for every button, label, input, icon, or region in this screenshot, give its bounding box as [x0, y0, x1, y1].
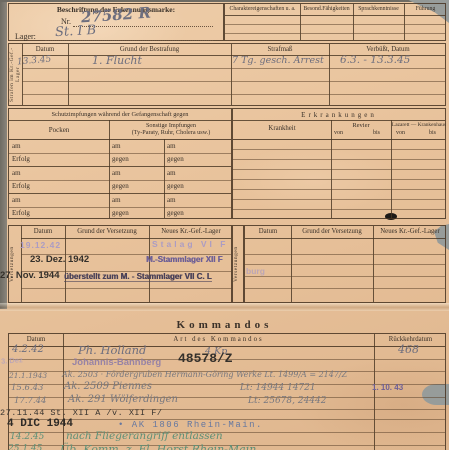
- col-strafmass: Strafmaß: [231, 46, 329, 53]
- cell-gegen: gegen: [112, 182, 129, 190]
- subheader-rule: [9, 139, 231, 140]
- col-divider: [231, 44, 232, 105]
- row-am-label: am: [12, 169, 21, 177]
- row-rule: [245, 288, 445, 289]
- strafen-side-label-cell: Strafen im Kr.-Gef.-Lager: [9, 44, 23, 105]
- strafen-entry-verbuesst: 6.3. - 13.3.45: [340, 54, 410, 66]
- kdo-row4-rueckkehr-stamp: 1. 10. 43: [372, 383, 403, 392]
- kdo-row9-art: Üb. Komm. z. Fl. Horst Rhein-Main: [60, 443, 256, 450]
- row-erfolg-label: Erfolg: [12, 209, 30, 217]
- col-revier: Revier: [331, 122, 391, 129]
- versetzung-row3-datum-stamp: 27. Nov. 1944: [0, 270, 60, 281]
- title-rule: [9, 120, 231, 121]
- kdo-row4-datum: 15.6.43: [11, 383, 43, 393]
- versetzungen-side-label-right: Versetzungen: [233, 226, 243, 302]
- row-rule: [9, 153, 231, 154]
- lazarett-bis: bis: [429, 130, 436, 136]
- versetzungen-table-right: Datum Grund der Versetzung Neues Kr.-Gef…: [244, 225, 446, 303]
- kdo-row6-stamp: 27.11.44 St. XII A /v. XII F/: [0, 408, 162, 418]
- col-datum: Datum: [22, 46, 68, 53]
- row-rule: [233, 159, 445, 160]
- col-verbuesst-datum: Verbüßt, Datum: [329, 46, 447, 53]
- lager-handwritten-value: St. I B: [55, 23, 97, 40]
- lager-label: Lager:: [15, 32, 36, 41]
- kdo-row8-art: nach Fliegerangriff entlassen: [66, 430, 223, 442]
- row-rule: [233, 179, 445, 180]
- impfungen-table: Schutzimpfungen während der Gefangenscha…: [8, 108, 232, 219]
- erkrankungen-title: Erkrankungen: [233, 111, 445, 119]
- kdo-row7-datum-stamp: 4 DIC 1944: [7, 418, 73, 430]
- row-rule: [245, 276, 445, 277]
- lager-dotted-line: [45, 39, 213, 41]
- row-rule: [225, 24, 445, 25]
- strafen-entry-strafmass: 7 Tg. gesch. Arrest: [232, 55, 324, 66]
- strafen-side-label: Strafen im Kr.-Gef.-Lager: [9, 44, 22, 105]
- row-rule: [9, 166, 231, 167]
- versetzung-row1-lager-stamp: Stalag VI F: [152, 239, 228, 249]
- kdo-row2-margin-stamp: 3. Dez: [1, 355, 23, 365]
- col-pocken: Pocken: [9, 126, 109, 134]
- row-rule: [233, 149, 445, 150]
- col-grund-der-versetzung: Grund der Versetzung: [291, 228, 373, 235]
- cell-gegen: gegen: [167, 155, 184, 163]
- row-rule: [9, 207, 231, 208]
- cell-gegen: gegen: [112, 155, 129, 163]
- row-rule: [22, 81, 445, 82]
- col-fuehrung: Führung: [404, 6, 447, 12]
- kdo-row4-art2: Lt: 14944 14721: [240, 383, 316, 393]
- versetzung-faint-fragment: burg: [246, 266, 265, 276]
- row-rule: [22, 94, 445, 95]
- kdo-row1-art: Ph. Holland: [78, 343, 146, 357]
- col-krankheit: Krankheit: [233, 125, 331, 132]
- kdo-row1-rueckkehr: 468: [398, 343, 419, 356]
- row-rule: [245, 254, 445, 255]
- col-datum: Datum: [9, 336, 63, 343]
- col-datum: Datum: [245, 228, 291, 235]
- kdo-row5-art: Ak. 291 Wölferdingen: [68, 394, 178, 405]
- versetzung-row1-datum-stamp: 19.12.42: [20, 240, 61, 250]
- col-datum: Datum: [21, 228, 65, 235]
- row-erfolg-label: Erfolg: [12, 182, 30, 190]
- row-rule: [225, 33, 445, 34]
- kdo-row1-datum: 4.2.42: [12, 344, 44, 355]
- pow-record-card-scan: Beschriftung der Erkennungsmarke: Nr. 27…: [0, 0, 449, 450]
- versetzung-row2-datum-stamp: 23. Dez. 1942: [30, 254, 89, 265]
- col-grund-der-versetzung: Grund der Versetzung: [65, 228, 149, 235]
- kdo-row5-datum: 17.7.44: [14, 396, 46, 406]
- lazarett-von: von: [396, 130, 405, 136]
- strafen-entry-grund: 1. Flucht: [92, 54, 142, 67]
- cell-gegen: gegen: [167, 209, 184, 217]
- fold-crease: [0, 303, 449, 311]
- row-rule: [233, 209, 445, 210]
- cell-am: am: [112, 142, 121, 150]
- row-rule: [21, 288, 231, 289]
- kdo-row2-number-stamp: 48578/Z: [178, 351, 233, 366]
- kdo-row3-art: Ak. 2503 · Fördergruben Hermann-Göring W…: [62, 370, 347, 379]
- characteristics-table: Charaktereigenschaften u. a. Besond.Fähi…: [224, 3, 446, 41]
- kdo-row2-kommando-stamp: Johannis-Bannberg: [72, 357, 161, 368]
- col-neues-kr-gef-lager: Neues Kr.-Gef.-Lager: [149, 228, 233, 235]
- cell-am: am: [112, 169, 121, 177]
- erkrankungen-table: Erkrankungen Krankheit Revier von bis La…: [232, 108, 446, 219]
- row-rule: [9, 193, 231, 194]
- col-divider: [329, 44, 330, 105]
- cell-am: am: [167, 196, 176, 204]
- kommandos-title: Kommandos: [0, 319, 449, 331]
- kdo-row3-datum: 21.1.1943: [9, 371, 47, 380]
- kdo-row8-datum: 14.2.45: [10, 432, 44, 442]
- title-rule: [233, 120, 445, 121]
- col-grund-der-bestrafung: Grund der Bestrafung: [68, 46, 231, 53]
- subheader-rule: [233, 139, 445, 140]
- strafen-table: Strafen im Kr.-Gef.-Lager Datum Grund de…: [8, 43, 446, 106]
- kdo-row4-art: Ak. 2509 Piennes: [64, 381, 152, 392]
- col-divider: [68, 44, 69, 105]
- header-rule: [225, 15, 445, 16]
- revier-bis: bis: [373, 130, 380, 136]
- revier-von: von: [334, 130, 343, 136]
- col-rueckkehrdatum: Rückkehrdatum: [374, 336, 447, 343]
- versetzungen-side-label: Versetzungen: [9, 226, 21, 302]
- row-erfolg-label: Erfolg: [12, 155, 30, 163]
- versetzungen-middle-strip: Versetzungen: [232, 225, 244, 303]
- col-sonstige-1: Sonstige Impfungen: [109, 122, 233, 129]
- scan-edge-left: [0, 0, 7, 309]
- versetzung-row3-text-stamp: überstellt zum M. - Stammlager VII C. L: [64, 272, 212, 282]
- row-rule: [9, 180, 231, 181]
- kdo-row7-art-stamp: • AK 1806 Rhein-Main.: [118, 420, 263, 430]
- col-besond-faehigkeiten: Besond.Fähigkeiten: [300, 6, 353, 12]
- row-rule: [233, 189, 445, 190]
- cell-gegen: gegen: [112, 209, 129, 217]
- row-am-label: am: [12, 142, 21, 150]
- col-lazarett: Lazarett — Krankenhaus: [391, 122, 447, 128]
- cell-am: am: [112, 196, 121, 204]
- row-rule: [233, 199, 445, 200]
- row-rule: [22, 68, 445, 69]
- header-rule: [245, 238, 445, 239]
- cell-am: am: [167, 169, 176, 177]
- col-charaktereigenschaften: Charaktereigenschaften u. a.: [225, 6, 300, 12]
- col-art-des-kommandos: Art des Kommandos: [63, 336, 374, 343]
- row-rule: [245, 264, 445, 265]
- row-rule: [233, 169, 445, 170]
- cell-gegen: gegen: [167, 182, 184, 190]
- scan-edge-top: [0, 0, 440, 2]
- col-neues-kr-gef-lager: Neues Kr.-Gef.-Lager: [373, 228, 447, 235]
- impfungen-title: Schutzimpfungen während der Gefangenscha…: [9, 111, 231, 118]
- row-am-label: am: [12, 196, 21, 204]
- col-sprachkenntnisse: Sprachkenntnisse: [353, 6, 404, 12]
- cell-am: am: [167, 142, 176, 150]
- kdo-row9-datum: 25.1.45: [8, 444, 42, 450]
- versetzung-row2-lager-stamp: M.-Stammlager XII F: [146, 255, 222, 264]
- col-sonstige-2: (Ty-Paraty, Ruhr, Cholera usw.): [109, 129, 233, 136]
- erkennungsmarke-box: Beschriftung der Erkennungsmarke: Nr. 27…: [8, 3, 224, 41]
- kdo-row5-art2: Lt: 25678, 24442: [248, 396, 326, 406]
